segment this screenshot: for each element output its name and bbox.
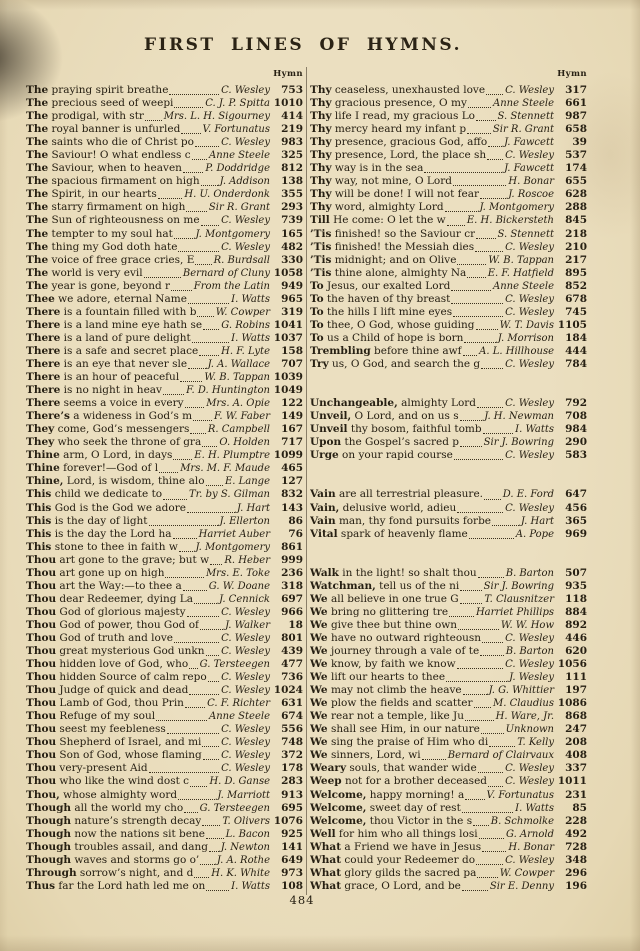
hymn-row: Thou art gone to the grave; but wR. Hebe…	[26, 554, 303, 567]
dot-leader	[492, 516, 519, 526]
author-name: F. W. Faber	[214, 410, 270, 423]
hymn-row: There is a safe and secret placeH. F. Ly…	[26, 345, 303, 358]
hymn-number: 895	[557, 267, 587, 280]
hymn-number: 628	[557, 188, 587, 201]
author-name: W. Cowper	[500, 867, 554, 880]
author-name: E. Lange	[225, 475, 270, 488]
hymn-first-line: Weary souls, that wander wide	[310, 762, 477, 775]
hymn-first-line: Weep not for a brother deceased	[310, 775, 487, 788]
dot-leader	[199, 346, 219, 356]
hymn-number: 210	[557, 241, 587, 254]
hymn-first-line: Welcome, sweet day of rest	[310, 802, 461, 815]
author-name: W. T. Davis	[500, 319, 554, 332]
hymn-number: 620	[557, 645, 587, 658]
dot-leader	[188, 359, 206, 369]
dot-leader	[158, 189, 183, 199]
author-name: I. Watts	[231, 880, 270, 893]
hymn-first-line: Thou God of power, thou God of	[26, 619, 199, 632]
hymn-row: The prodigal, with strMrs. L. H. Sigourn…	[26, 110, 303, 123]
hymn-number: 892	[557, 619, 587, 632]
author-name: C. Wesley	[505, 632, 554, 645]
hymn-first-line: Thou seest my feebleness	[26, 723, 166, 736]
hymn-first-line: Thou Refuge of my soul	[26, 710, 155, 723]
hymn-number: 236	[273, 567, 303, 580]
hymn-first-line: We journey through a vale of te	[310, 645, 479, 658]
hymn-row: We rear not a temple, like JuH. Ware, Jr…	[310, 710, 587, 723]
hymn-first-line: Vital spark of heavenly flame	[310, 528, 468, 541]
dot-leader	[208, 672, 219, 682]
hymn-column-header-left: Hymn	[24, 69, 303, 79]
hymn-number: 852	[557, 280, 587, 293]
hymn-first-line: We sinners, Lord, wi	[310, 749, 421, 762]
hymn-row: The royal banner is unfurledV. Fortunatu…	[26, 123, 303, 136]
hymn-row: Thee we adore, eternal NameI. Watts965	[26, 293, 303, 306]
dot-leader	[469, 529, 514, 539]
hymn-number: 973	[273, 867, 303, 880]
hymn-first-line: Thy ceaseless, unexhausted love	[310, 84, 485, 97]
hymn-number: 966	[273, 606, 303, 619]
hymn-first-line: This stone to thee in faith w	[26, 541, 178, 554]
dot-leader	[178, 242, 219, 252]
hymn-number: 122	[273, 397, 303, 410]
dot-leader	[451, 281, 491, 291]
dot-leader	[163, 385, 184, 395]
author-name: H. Bonar	[508, 841, 554, 854]
hymn-first-line: Thine forever!—God of l	[26, 462, 158, 475]
author-name: J. Newton	[221, 841, 270, 854]
hymn-row: The voice of free grace cries, ER. Burds…	[26, 254, 303, 267]
hymn-number: 739	[273, 214, 303, 227]
hymn-row: Thy ceaseless, unexhausted loveC. Wesley…	[310, 84, 587, 97]
author-name: F. D. Huntington	[186, 384, 270, 397]
hymn-row: To the haven of thy breastC. Wesley678	[310, 293, 587, 306]
hymn-row: Thou God of truth and loveC. Wesley801	[26, 632, 303, 645]
hymn-row: Thy mercy heard my infant pSir R. Grant6…	[310, 123, 587, 136]
hymn-row: Well for him who all things losiG. Arnol…	[310, 828, 587, 841]
hymn-number: 408	[557, 749, 587, 762]
hymn-number: 141	[273, 841, 303, 854]
hymn-row: There is a land mine eye hath seG. Robin…	[26, 319, 303, 332]
dot-leader	[460, 437, 482, 447]
hymn-row: This is the day of lightJ. Ellerton86	[26, 515, 303, 528]
author-name: G. W. Doane	[209, 580, 270, 593]
hymn-number: 288	[557, 201, 587, 214]
hymn-row: ’Tis finished! the Messiah diesC. Wesley…	[310, 241, 587, 254]
hymn-first-line: Thou art gone to the grave; but w	[26, 554, 209, 567]
hymn-number: 1041	[273, 319, 303, 332]
author-name: I. Watts	[231, 332, 270, 345]
hymn-number: 318	[273, 580, 303, 593]
hymn-row: Unchangeable, almighty LordC. Wesley792	[310, 397, 587, 410]
hymn-number: 319	[273, 306, 303, 319]
author-name: P. Doddridge	[205, 162, 270, 175]
dot-leader	[190, 424, 206, 434]
dot-leader	[201, 176, 218, 186]
dot-leader	[476, 855, 503, 865]
hymn-first-line: Through sorrow’s night, and d	[26, 867, 193, 880]
hymn-number: 697	[273, 593, 303, 606]
dot-leader	[479, 829, 504, 839]
hymn-first-line: Vain, delusive world, adieu	[310, 502, 456, 515]
author-name: Sir J. Bowring	[484, 436, 554, 449]
hymn-number: 127	[273, 475, 303, 488]
author-name: O. Holden	[219, 436, 270, 449]
hymn-number: 337	[557, 762, 587, 775]
hymn-first-line: What could your Redeemer do	[310, 854, 475, 867]
hymn-number: 884	[557, 606, 587, 619]
author-name: J. Montgomery	[479, 201, 554, 214]
hymn-number: 792	[557, 397, 587, 410]
hymn-number: 949	[273, 280, 303, 293]
hymn-row: Vital spark of heavenly flameA. Pope969	[310, 528, 587, 541]
hymn-first-line: We sing the praise of Him who di	[310, 736, 488, 749]
hymn-row-spacer	[310, 554, 587, 567]
hymn-number: 753	[273, 84, 303, 97]
hymn-first-line: Thou Lamb of God, thou Prin	[26, 697, 184, 710]
author-name: Mrs. E. Toke	[206, 567, 270, 580]
dot-leader	[174, 98, 203, 108]
hymn-row: Urge on your rapid courseC. Wesley583	[310, 449, 587, 462]
author-name: E. H. Plumptre	[194, 449, 270, 462]
hymn-row: The world is very evilBernard of Cluny10…	[26, 267, 303, 280]
hymn-number: 801	[273, 632, 303, 645]
author-name: I. Watts	[515, 423, 554, 436]
hymn-row: The Sun of righteousness on meC. Wesley7…	[26, 214, 303, 227]
hymn-row: The year is gone, beyond rFrom the Latin…	[26, 280, 303, 293]
dot-leader	[189, 659, 197, 669]
hymn-number: 293	[273, 201, 303, 214]
author-name: C. Wesley	[505, 854, 554, 867]
hymn-first-line: To us a Child of hope is born	[310, 332, 463, 345]
dot-leader	[144, 268, 181, 278]
author-name: C. F. Richter	[207, 697, 270, 710]
hymn-first-line: This is the day the Lord ha	[26, 528, 172, 541]
dot-leader	[487, 150, 503, 160]
hymn-first-line: There seems a voice in every	[26, 397, 184, 410]
author-name: D. E. Ford	[503, 488, 554, 501]
hymn-first-line: We know, by faith we know	[310, 658, 456, 671]
author-name: J. G. Whittier	[489, 684, 554, 697]
hymn-number: 219	[273, 123, 303, 136]
dot-leader	[201, 216, 220, 226]
hymn-first-line: ’Tis finished! so the Saviour cr	[310, 228, 475, 241]
dot-leader	[174, 633, 219, 643]
author-name: Mrs. L. H. Sigourney	[164, 110, 270, 123]
author-name: C. Wesley	[505, 84, 554, 97]
dot-leader	[145, 111, 162, 121]
hymn-row: The Spirit, in our heartsH. U. Onderdonk…	[26, 188, 303, 201]
hymn-number: 935	[557, 580, 587, 593]
hymn-number: 1058	[273, 267, 303, 280]
hymn-number: 1076	[273, 815, 303, 828]
hymn-row: To thee, O God, whose guidingW. T. Davis…	[310, 319, 587, 332]
hymn-row-spacer	[310, 371, 587, 384]
author-name: A. L. Hillhouse	[479, 345, 554, 358]
hymn-row: There is an hour of peacefulW. B. Tappan…	[26, 371, 303, 384]
hymn-first-line: To the hills I lift mine eyes	[310, 306, 452, 319]
hymn-number: 1010	[273, 97, 303, 110]
hymn-number: 812	[273, 162, 303, 175]
author-name: C. Wesley	[505, 397, 554, 410]
dot-leader	[173, 450, 192, 460]
author-name: W. B. Tappan	[204, 371, 270, 384]
hymn-first-line: There is a fountain filled with b	[26, 306, 196, 319]
hymn-number: 231	[557, 789, 587, 802]
hymn-number: 537	[557, 149, 587, 162]
author-name: R. Campbell	[208, 423, 270, 436]
hymn-number: 143	[273, 502, 303, 515]
dot-leader	[202, 437, 217, 447]
dot-leader	[159, 463, 178, 473]
dot-leader	[488, 777, 503, 787]
hymn-first-line: Thine, Lord, is wisdom, thine alo	[26, 475, 205, 488]
hymn-number: 330	[273, 254, 303, 267]
hymn-first-line: Thee we adore, eternal Name	[26, 293, 187, 306]
author-name: W. Cowper	[216, 306, 270, 319]
hymn-first-line: Try us, O God, and search the g	[310, 358, 480, 371]
author-name: A. Pope	[516, 528, 554, 541]
hymn-number: 439	[273, 645, 303, 658]
dot-leader	[454, 450, 503, 460]
author-name: S. Stennett	[498, 228, 554, 241]
dot-leader	[445, 202, 478, 212]
hymn-row-spacer	[310, 541, 587, 554]
hymn-first-line: Urge on your rapid course	[310, 449, 453, 462]
hymn-number: 556	[273, 723, 303, 736]
hymn-number: 108	[273, 880, 303, 893]
hymn-row: Thou Lamb of God, thou PrinC. F. Richter…	[26, 697, 303, 710]
hymn-number: 868	[557, 710, 587, 723]
hymn-row: To us a Child of hope is bornJ. Morrison…	[310, 332, 587, 345]
author-name: T. Olivers	[222, 815, 270, 828]
dot-leader	[458, 620, 499, 630]
hymn-row: Till He come: O let the wE. H. Bickerste…	[310, 214, 587, 227]
hymn-first-line: Thy will be done! I will not fear	[310, 188, 479, 201]
page-number: 484	[262, 893, 342, 907]
dot-leader	[484, 490, 501, 500]
hymn-number: 482	[273, 241, 303, 254]
dot-leader	[206, 476, 223, 486]
dot-leader	[200, 620, 223, 630]
dot-leader	[486, 85, 503, 95]
hymn-number: 1049	[273, 384, 303, 397]
hymn-first-line: Unveil thy bosom, faithful tomb	[310, 423, 482, 436]
author-name: C. Wesley	[505, 358, 554, 371]
dot-leader	[460, 411, 483, 421]
hymn-number: 678	[557, 293, 587, 306]
hymn-number: 465	[273, 462, 303, 475]
hymn-first-line: Thou Shepherd of Israel, and mi	[26, 736, 201, 749]
hymn-first-line: There is a safe and secret place	[26, 345, 198, 358]
hymn-row: Welcome, sweet day of restI. Watts85	[310, 802, 587, 815]
hymn-first-line: Thou great mysterious God unkn	[26, 645, 205, 658]
hymn-row: Though troubles assail, and dangJ. Newto…	[26, 841, 303, 854]
author-name: V. Fortunatus	[487, 789, 554, 802]
hymn-first-line: They come, God’s messengers	[26, 423, 189, 436]
author-name: J. Cennick	[219, 593, 270, 606]
hymn-number: 507	[557, 567, 587, 580]
author-name: C. Wesley	[505, 762, 554, 775]
dot-leader	[206, 646, 220, 656]
dot-leader	[186, 202, 206, 212]
hymn-first-line: The thing my God doth hate	[26, 241, 177, 254]
author-name: Unknown	[506, 723, 554, 736]
author-name: J. Walker	[225, 619, 270, 632]
hymn-row: Weep not for a brother deceasedC. Wesley…	[310, 775, 587, 788]
hymn-row: What glory gilds the sacred paW. Cowper2…	[310, 867, 587, 880]
hymn-row: Though waves and storms go o’J. A. Rothe…	[26, 854, 303, 867]
hymn-first-line: Unchangeable, almighty Lord	[310, 397, 476, 410]
hymn-row: Unveil thy bosom, faithful tombI. Watts9…	[310, 423, 587, 436]
author-name: J. Addison	[220, 175, 270, 188]
author-name: H. F. Lyte	[221, 345, 270, 358]
author-name: C. Wesley	[221, 136, 270, 149]
author-name: J. A. Wallace	[208, 358, 270, 371]
hymn-row: Thou who like the wind dost cH. D. Ganse…	[26, 775, 303, 788]
hymn-number: 111	[557, 671, 587, 684]
author-name: T. Clausnitzer	[484, 593, 554, 606]
hymn-first-line: Thou God of truth and love	[26, 632, 173, 645]
dot-leader	[188, 294, 229, 304]
hymn-row: Watchman, tell us of the niSir J. Bowrin…	[310, 580, 587, 593]
hymn-first-line: Vain man, thy fond pursuits forbe	[310, 515, 491, 528]
hymn-row: Thou very-present AidC. Wesley178	[26, 762, 303, 775]
author-name: C. Wesley	[221, 749, 270, 762]
hymn-row: We sinners, Lord, wiBernard of Clairvaux…	[310, 749, 587, 762]
hymn-row: Thou Judge of quick and deadC. Wesley102…	[26, 684, 303, 697]
hymn-row: We have no outward righteousnC. Wesley44…	[310, 632, 587, 645]
hymn-row: Unveil, O Lord, and on us sJ. H. Newman7…	[310, 410, 587, 423]
hymn-first-line: We have no outward righteousn	[310, 632, 481, 645]
author-name: J. Morrison	[498, 332, 554, 345]
author-name: C. Wesley	[221, 684, 270, 697]
hymn-number: 1105	[557, 319, 587, 332]
dot-leader	[174, 229, 194, 239]
hymn-row: Thy way is in the seaJ. Fawcett174	[310, 162, 587, 175]
dot-leader	[476, 320, 498, 330]
dot-leader	[197, 307, 213, 317]
hymn-row: Thou dear Redeemer, dying LaJ. Cennick69…	[26, 593, 303, 606]
hymn-first-line: The starry firmament on high	[26, 201, 185, 214]
hymn-first-line: This is the day of light	[26, 515, 148, 528]
hymn-first-line: Thus far the Lord hath led me on	[26, 880, 205, 893]
dot-leader	[462, 803, 513, 813]
hymn-first-line: Till He come: O let the w	[310, 214, 446, 227]
dot-leader	[187, 503, 235, 513]
hymn-number: 372	[273, 749, 303, 762]
author-name: Harriet Auber	[199, 528, 270, 541]
hymn-number: 228	[557, 815, 587, 828]
hymn-first-line: The tempter to my soul hat	[26, 228, 173, 241]
hymn-row: Thy will be done! I will not fearJ. Rosc…	[310, 188, 587, 201]
dot-leader	[190, 777, 207, 787]
dot-leader	[185, 398, 205, 408]
hymn-row: We know, by faith we knowC. Wesley1056	[310, 658, 587, 671]
hymn-first-line: Though nature’s strength decay	[26, 815, 201, 828]
dot-leader	[473, 816, 489, 826]
author-name: Anne Steele	[493, 97, 554, 110]
dot-leader	[171, 281, 192, 291]
hymn-row: We lift our hearts to theeJ. Wesley111	[310, 671, 587, 684]
author-name: H. Ware, Jr.	[496, 710, 554, 723]
author-name: G. Tersteegen	[200, 802, 270, 815]
hymn-number: 832	[273, 488, 303, 501]
author-name: L. Bacon	[226, 828, 270, 841]
author-name: M. Claudius	[493, 697, 554, 710]
hymn-first-line: Thy gracious presence, O my	[310, 97, 467, 110]
hymn-number: 196	[557, 880, 587, 893]
hymn-number: 365	[557, 515, 587, 528]
author-name: S. Stennett	[498, 110, 554, 123]
author-name: J. Montgomery	[195, 541, 270, 554]
hymn-number: 965	[273, 293, 303, 306]
hymn-first-line: Thou art the Way:—to thee a	[26, 580, 182, 593]
hymn-number: 456	[557, 502, 587, 515]
author-name: Anne Steele	[493, 280, 554, 293]
hymn-first-line: Thy life I read, my gracious Lo	[310, 110, 475, 123]
dot-leader	[183, 581, 207, 591]
hymn-first-line: Though now the nations sit bene	[26, 828, 205, 841]
hymn-row: The praying spirit breatheC. Wesley753	[26, 84, 303, 97]
dot-leader	[422, 750, 446, 760]
hymn-number: 707	[273, 358, 303, 371]
dot-leader	[179, 542, 194, 552]
column-divider	[306, 67, 307, 895]
dot-leader	[465, 711, 494, 721]
dot-leader	[468, 98, 491, 108]
dot-leader	[482, 633, 503, 643]
hymn-row: This God is the God we adoreJ. Hart143	[26, 502, 303, 515]
hymn-row: The tempter to my soul hatJ. Montgomery1…	[26, 228, 303, 241]
author-name: C. Wesley	[221, 84, 270, 97]
hymn-row: There is a fountain filled with bW. Cowp…	[26, 306, 303, 319]
dot-leader	[475, 242, 503, 252]
hymn-first-line: Though waves and storms go o’	[26, 854, 199, 867]
author-name: G. Robins	[221, 319, 270, 332]
dot-leader	[178, 790, 215, 800]
hymn-number: 414	[273, 110, 303, 123]
hymn-row: Thine, Lord, is wisdom, thine aloE. Lang…	[26, 475, 303, 488]
author-name: Sir J. Bowring	[484, 580, 554, 593]
hymn-first-line: The precious seed of weepi	[26, 97, 173, 110]
dot-leader	[210, 555, 222, 565]
author-name: J. Hart	[237, 502, 270, 515]
dot-leader	[476, 111, 496, 121]
hymn-row: Thou Son of God, whose flamingC. Wesley3…	[26, 749, 303, 762]
hymn-number: 728	[557, 841, 587, 854]
author-name: Mrs. A. Opie	[206, 397, 270, 410]
author-name: B. Schmolke	[491, 815, 554, 828]
dot-leader	[467, 124, 491, 134]
dot-leader	[447, 216, 465, 226]
dot-leader	[480, 646, 504, 656]
hymn-row: Through sorrow’s night, and dH. K. White…	[26, 867, 303, 880]
hymn-number: 984	[557, 423, 587, 436]
dot-leader	[480, 189, 506, 199]
hymn-first-line: This God is the God we adore	[26, 502, 186, 515]
hymn-row: Try us, O God, and search the gC. Wesley…	[310, 358, 587, 371]
hymn-list-left: The praying spirit breatheC. Wesley753Th…	[26, 84, 303, 893]
hymn-first-line: The world is very evil	[26, 267, 143, 280]
author-name: Harriet Phillips	[476, 606, 554, 619]
hymn-number: 1086	[557, 697, 587, 710]
dot-leader	[453, 307, 503, 317]
hymn-row-spacer	[310, 384, 587, 397]
hymn-number: 661	[557, 97, 587, 110]
hymn-number: 118	[557, 593, 587, 606]
hymn-number: 178	[273, 762, 303, 775]
hymn-number: 355	[273, 188, 303, 201]
